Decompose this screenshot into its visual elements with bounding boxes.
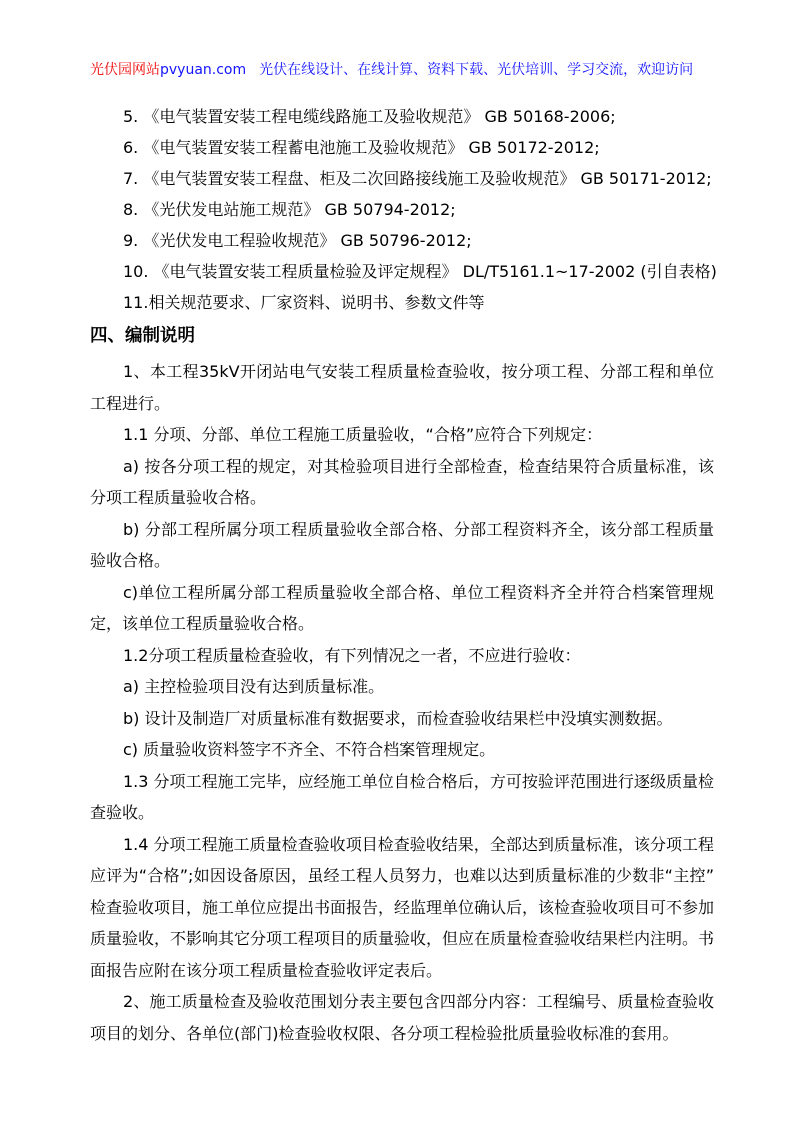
paragraph-1-1-a: a) 按各分项工程的规定，对其检验项目进行全部检查，检查结果符合质量标准，该分项…	[90, 451, 714, 514]
site-tagline: 光伏在线设计、在线计算、资料下载、光伏培训、学习交流，欢迎访问	[259, 62, 693, 78]
paragraph-1-2-c: c) 质量验收资料签字不齐全、不符合档案管理规定。	[90, 734, 714, 766]
reference-item-10: 10. 《电气装置安装工程质量检验及评定规程》 DL/T5161.1~17-20…	[90, 256, 714, 287]
reference-item-8: 8. 《光伏发电站施工规范》 GB 50794-2012;	[90, 194, 714, 225]
section-heading: 四、编制说明	[90, 324, 714, 349]
paragraph-1-2-a: a) 主控检验项目没有达到质量标准。	[90, 671, 714, 703]
paragraph-1-2-b: b) 设计及制造厂对质量标准有数据要求，而检查验收结果栏中没填实测数据。	[90, 703, 714, 735]
paragraph-1: 1、本工程35kV开闭站电气安装工程质量检查验收，按分项工程、分部工程和单位工程…	[90, 356, 714, 419]
reference-item-11: 11.相关规范要求、厂家资料、说明书、参数文件等	[90, 287, 714, 318]
paragraph-1-1-c: c)单位工程所属分部工程质量验收全部合格、单位工程资料齐全并符合档案管理规定，该…	[90, 577, 714, 640]
paragraph-1-1-b: b) 分部工程所属分项工程质量验收全部合格、分部工程资料齐全，该分部工程质量验收…	[90, 514, 714, 577]
reference-item-9: 9. 《光伏发电工程验收规范》 GB 50796-2012;	[90, 225, 714, 256]
site-header: 光伏园网站pvyuan.com光伏在线设计、在线计算、资料下载、光伏培训、学习交…	[90, 60, 714, 80]
site-name: 光伏园网站	[90, 62, 160, 78]
reference-item-6: 6. 《电气装置安装工程蓄电池施工及验收规范》 GB 50172-2012;	[90, 132, 714, 163]
paragraph-1-3: 1.3 分项工程施工完毕，应经施工单位自检合格后，方可按验评范围进行逐级质量检查…	[90, 766, 714, 829]
document-content: 光伏园网站pvyuan.com光伏在线设计、在线计算、资料下载、光伏培训、学习交…	[90, 60, 714, 1049]
paragraph-1-2: 1.2分项工程质量检查验收，有下列情况之一者，不应进行验收：	[90, 640, 714, 672]
paragraph-1-1: 1.1 分项、分部、单位工程施工质量验收，“合格”应符合下列规定：	[90, 419, 714, 451]
reference-item-7: 7. 《电气装置安装工程盘、柜及二次回路接线施工及验收规范》 GB 50171-…	[90, 163, 714, 194]
reference-item-5: 5. 《电气装置安装工程电缆线路施工及验收规范》 GB 50168-2006;	[90, 101, 714, 132]
site-url-link[interactable]: pvyuan.com	[160, 62, 246, 78]
paragraph-1-4: 1.4 分项工程施工质量检查验收项目检查验收结果，全部达到质量标准，该分项工程应…	[90, 829, 714, 987]
paragraph-2: 2、施工质量检查及验收范围划分表主要包含四部分内容：工程编号、质量检查验收项目的…	[90, 986, 714, 1049]
document-page: 光伏园网站pvyuan.com光伏在线设计、在线计算、资料下载、光伏培训、学习交…	[0, 0, 794, 1122]
